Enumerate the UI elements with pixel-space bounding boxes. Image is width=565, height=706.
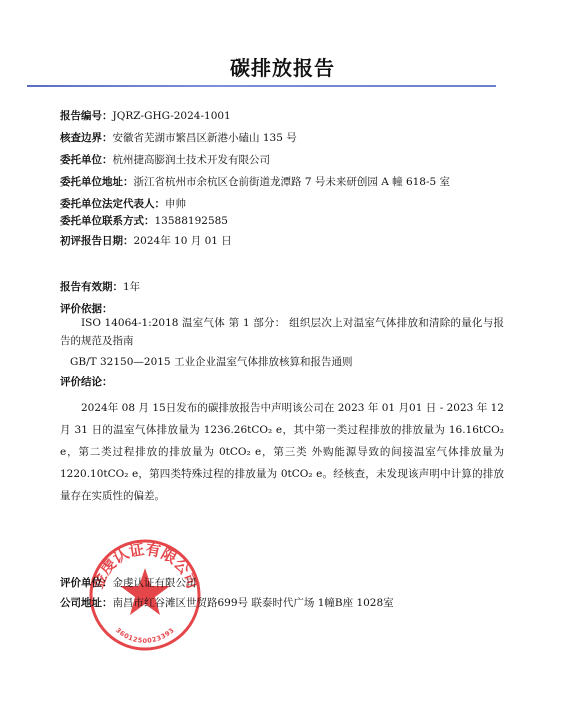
field-label: 报告有效期：	[60, 281, 123, 293]
company-seal-icon: 金虔认证有限公司 3601250023393	[88, 538, 202, 652]
field-contact: 委托单位联系方式：13588192585	[60, 214, 228, 228]
field-value: 13588192585	[155, 215, 229, 227]
field-label: 委托单位法定代表人：	[60, 198, 165, 210]
field-value: 1年	[123, 281, 140, 293]
field-label: 委托单位地址：	[60, 176, 134, 188]
svg-text:3601250023393: 3601250023393	[114, 626, 176, 645]
field-label: 初评报告日期：	[60, 235, 134, 247]
field-label: 委托单位：	[60, 154, 113, 166]
field-value: 南昌市红谷滩区世贸路699号 联泰时代广场 1幢B座 1028室	[113, 597, 394, 609]
field-label: 委托单位联系方式：	[60, 215, 155, 227]
field-label: 核查边界：	[60, 132, 113, 144]
signature-address: 公司地址：南昌市红谷滩区世贸路699号 联泰时代广场 1幢B座 1028室	[60, 596, 394, 610]
field-label: 公司地址：	[60, 597, 113, 609]
field-client-address: 委托单位地址：浙江省杭州市余杭区仓前街道龙潭路 7 号未来研创园 A 幢 618…	[60, 175, 450, 189]
report-page: 碳排放报告 报告编号：JQRZ-GHG-2024-1001 核查边界：安徽省芜湖…	[0, 0, 565, 706]
field-label: 评价单位：	[60, 577, 113, 589]
field-value: 杭州捷高膨润土技术开发有限公司	[113, 154, 271, 166]
title-divider	[27, 85, 496, 87]
conclusion-paragraph: 2024年 08 月 15日发布的碳排放报告中声明该公司在 2023 年 01 …	[60, 397, 504, 507]
conclusion-heading: 评价结论：	[60, 375, 113, 389]
field-initial-report-date: 初评报告日期：2024年 10 月 01 日	[60, 234, 232, 248]
field-legal-representative: 委托单位法定代表人：申帅	[60, 197, 186, 211]
field-report-number: 报告编号：JQRZ-GHG-2024-1001	[60, 109, 231, 123]
basis-item-gbt: GB/T 32150—2015 工业企业温室气体排放核算和报告通则	[60, 353, 504, 371]
field-validity: 报告有效期：1年	[60, 280, 140, 294]
field-value: 2024年 10 月 01 日	[134, 235, 232, 247]
page-title: 碳排放报告	[0, 52, 565, 81]
field-label: 报告编号：	[60, 110, 113, 122]
field-value: JQRZ-GHG-2024-1001	[113, 110, 231, 122]
field-client: 委托单位：杭州捷高膨润土技术开发有限公司	[60, 153, 270, 167]
field-value: 浙江省杭州市余杭区仓前街道龙潭路 7 号未来研创园 A 幢 618-5 室	[134, 176, 451, 188]
field-value: 安徽省芜湖市繁昌区新港小磕山 135 号	[113, 132, 297, 144]
signature-unit: 评价单位：金虔认证有限公司	[60, 576, 197, 590]
field-value: 申帅	[165, 198, 186, 210]
field-verification-boundary: 核查边界：安徽省芜湖市繁昌区新港小磕山 135 号	[60, 131, 297, 145]
field-value: 金虔认证有限公司	[113, 577, 197, 589]
basis-item-iso: ISO 14064-1:2018 温室气体 第 1 部分： 组织层次上对温室气体…	[60, 314, 504, 350]
section-label: 评价结论：	[60, 376, 113, 388]
